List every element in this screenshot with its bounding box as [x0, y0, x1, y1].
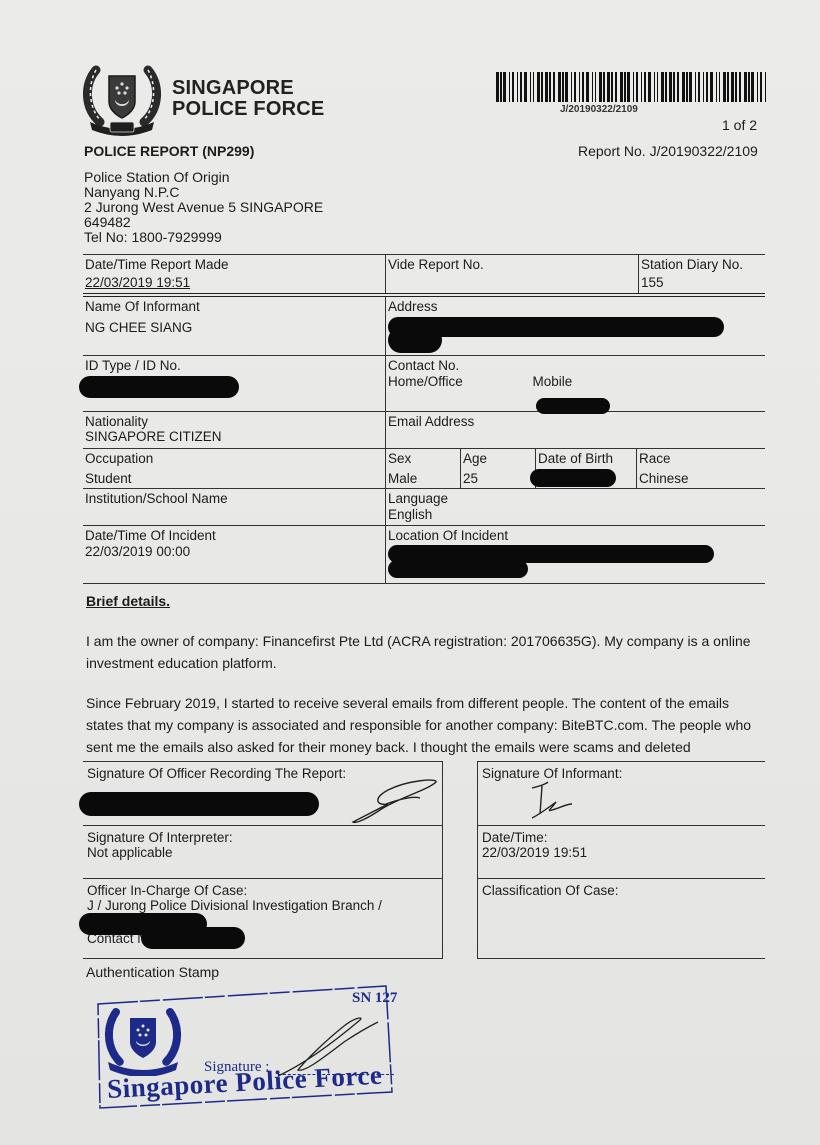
informant-signature-label: Signature Of Informant:: [482, 766, 761, 781]
station-name: Nanyang N.P.C: [84, 185, 323, 200]
race-value: Chinese: [639, 471, 763, 487]
report-number: Report No. J/20190322/2109: [578, 143, 758, 159]
station-of-origin: Police Station Of Origin Nanyang N.P.C 2…: [84, 170, 323, 245]
field-label: Contact No.: [388, 358, 763, 374]
authentication-stamp-label: Authentication Stamp: [86, 964, 219, 980]
datetime-row: Date/Time: 22/03/2019 19:51: [478, 826, 765, 879]
datetime-value: 22/03/2019 19:51: [482, 845, 761, 860]
oic-row: Officer In-Charge Of Case: J / Jurong Po…: [83, 879, 442, 957]
field-label: Date of Birth: [538, 451, 634, 467]
table-row: Name Of Informant NG CHEE SIANG Address: [83, 297, 765, 356]
field-label: Name Of Informant: [85, 299, 383, 315]
interpreter-label: Signature Of Interpreter:: [87, 830, 438, 845]
age-value: 25: [463, 471, 533, 487]
field-label: Age: [463, 451, 533, 467]
nationality-cell: Nationality SINGAPORE CITIZEN: [83, 412, 385, 448]
field-label: Date/Time Of Incident: [85, 528, 383, 544]
station-postal: 649482: [84, 215, 323, 230]
field-label: Address: [388, 299, 763, 315]
form-title: POLICE REPORT (NP299): [84, 143, 254, 159]
brand-line-1: SINGAPORE: [172, 78, 324, 99]
barcode-text: J/20190322/2109: [560, 104, 638, 115]
field-label: Race: [639, 451, 763, 467]
informant-signature-icon: [528, 780, 578, 820]
informant-signature-block: Signature Of Informant: Date/Time: 22/03…: [477, 761, 765, 959]
home-office-label: Home/Office: [388, 374, 463, 390]
informant-name-value: NG CHEE SIANG: [85, 320, 383, 336]
field-label: Occupation: [85, 451, 383, 467]
oic-label: Officer In-Charge Of Case:: [87, 883, 438, 898]
mobile-label: Mobile: [533, 374, 573, 390]
officer-signature-block: Signature Of Officer Recording The Repor…: [83, 761, 443, 959]
oic-value: J / Jurong Police Divisional Investigati…: [87, 898, 438, 913]
brief-paragraph-2: Since February 2019, I started to receiv…: [86, 692, 766, 758]
informant-signature-row: Signature Of Informant:: [478, 762, 765, 826]
language-value: English: [388, 507, 763, 523]
station-diary-cell: Station Diary No. 155: [638, 255, 765, 293]
field-label: Nationality: [85, 414, 383, 429]
station-tel: Tel No: 1800-7929999: [84, 230, 323, 245]
datetime-report-made-cell: Date/Time Report Made 22/03/2019 19:51: [83, 255, 385, 293]
page-indicator: 1 of 2: [722, 117, 757, 133]
brief-paragraph-1: I am the owner of company: Financefirst …: [86, 630, 766, 674]
datetime-report-made-value: 22/03/2019 19:51: [85, 275, 383, 291]
race-cell: Race Chinese: [636, 449, 765, 488]
stamp-serial: SN 127: [352, 990, 397, 1007]
table-row: ID Type / ID No. Contact No. Home/Office…: [83, 356, 765, 412]
table-row: Occupation Student Sex Male Age 25 Date …: [83, 449, 765, 489]
field-label: Station Diary No.: [641, 257, 763, 273]
incident-location-cell: Location Of Incident: [385, 526, 765, 583]
contact-cell: Contact No. Home/Office Mobile: [385, 356, 765, 411]
stamp-crest-icon: [104, 1006, 182, 1076]
table-row: Institution/School Name Language English: [83, 489, 765, 526]
oic-contact-redaction: [141, 927, 245, 949]
authentication-stamp: SN 127 Signature : Singapore Police Forc…: [94, 984, 398, 1114]
field-label: Language: [388, 491, 763, 507]
id-cell: ID Type / ID No.: [83, 356, 385, 411]
school-cell: Institution/School Name: [83, 489, 385, 525]
station-address: 2 Jurong West Avenue 5 SINGAPORE: [84, 200, 323, 215]
address-redaction: [388, 327, 442, 353]
dob-redaction: [530, 469, 616, 487]
vide-report-cell: Vide Report No.: [385, 255, 638, 293]
sex-cell: Sex Male: [385, 449, 460, 488]
datetime-label: Date/Time:: [482, 830, 761, 845]
field-label: Sex: [388, 451, 458, 467]
field-label: ID Type / ID No.: [85, 358, 383, 374]
location-redaction: [388, 560, 528, 578]
informant-name-cell: Name Of Informant NG CHEE SIANG: [83, 297, 385, 355]
barcode: [496, 72, 768, 102]
email-cell: Email Address: [385, 412, 765, 448]
field-label: Location Of Incident: [388, 528, 763, 544]
classification-row: Classification Of Case:: [478, 879, 765, 957]
field-label: Email Address: [388, 414, 763, 430]
brand-name: SINGAPORE POLICE FORCE: [172, 78, 324, 120]
nationality-value: SINGAPORE CITIZEN: [85, 429, 383, 444]
id-redaction: [79, 376, 239, 398]
field-label: Date/Time Report Made: [85, 257, 383, 273]
informant-details-table: Date/Time Report Made 22/03/2019 19:51 V…: [83, 254, 765, 584]
table-row: Nationality SINGAPORE CITIZEN Email Addr…: [83, 412, 765, 449]
field-label: Vide Report No.: [388, 257, 636, 273]
sex-value: Male: [388, 471, 458, 487]
address-cell: Address: [385, 297, 765, 355]
table-row: Date/Time Report Made 22/03/2019 19:51 V…: [83, 254, 765, 297]
classification-label: Classification Of Case:: [482, 883, 761, 898]
occupation-value: Student: [85, 471, 383, 487]
field-label: Institution/School Name: [85, 491, 383, 507]
station-diary-value: 155: [641, 275, 763, 291]
table-row: Date/Time Of Incident 22/03/2019 00:00 L…: [83, 526, 765, 584]
language-cell: Language English: [385, 489, 765, 525]
brand-line-2: POLICE FORCE: [172, 99, 324, 120]
police-crest-logo: [82, 62, 162, 138]
interpreter-value: Not applicable: [87, 845, 438, 860]
incident-datetime-cell: Date/Time Of Incident 22/03/2019 00:00: [83, 526, 385, 583]
interpreter-row: Signature Of Interpreter: Not applicable: [83, 826, 442, 879]
incident-datetime-value: 22/03/2019 00:00: [85, 544, 383, 560]
station-label: Police Station Of Origin: [84, 170, 323, 185]
brief-details-heading: Brief details.: [86, 593, 170, 609]
officer-signature-icon: [348, 776, 443, 826]
occupation-cell: Occupation Student: [83, 449, 385, 488]
officer-name-redaction: [79, 792, 319, 816]
age-cell: Age 25: [460, 449, 535, 488]
officer-signature-row: Signature Of Officer Recording The Repor…: [83, 762, 442, 826]
dob-cell: Date of Birth: [535, 449, 636, 488]
